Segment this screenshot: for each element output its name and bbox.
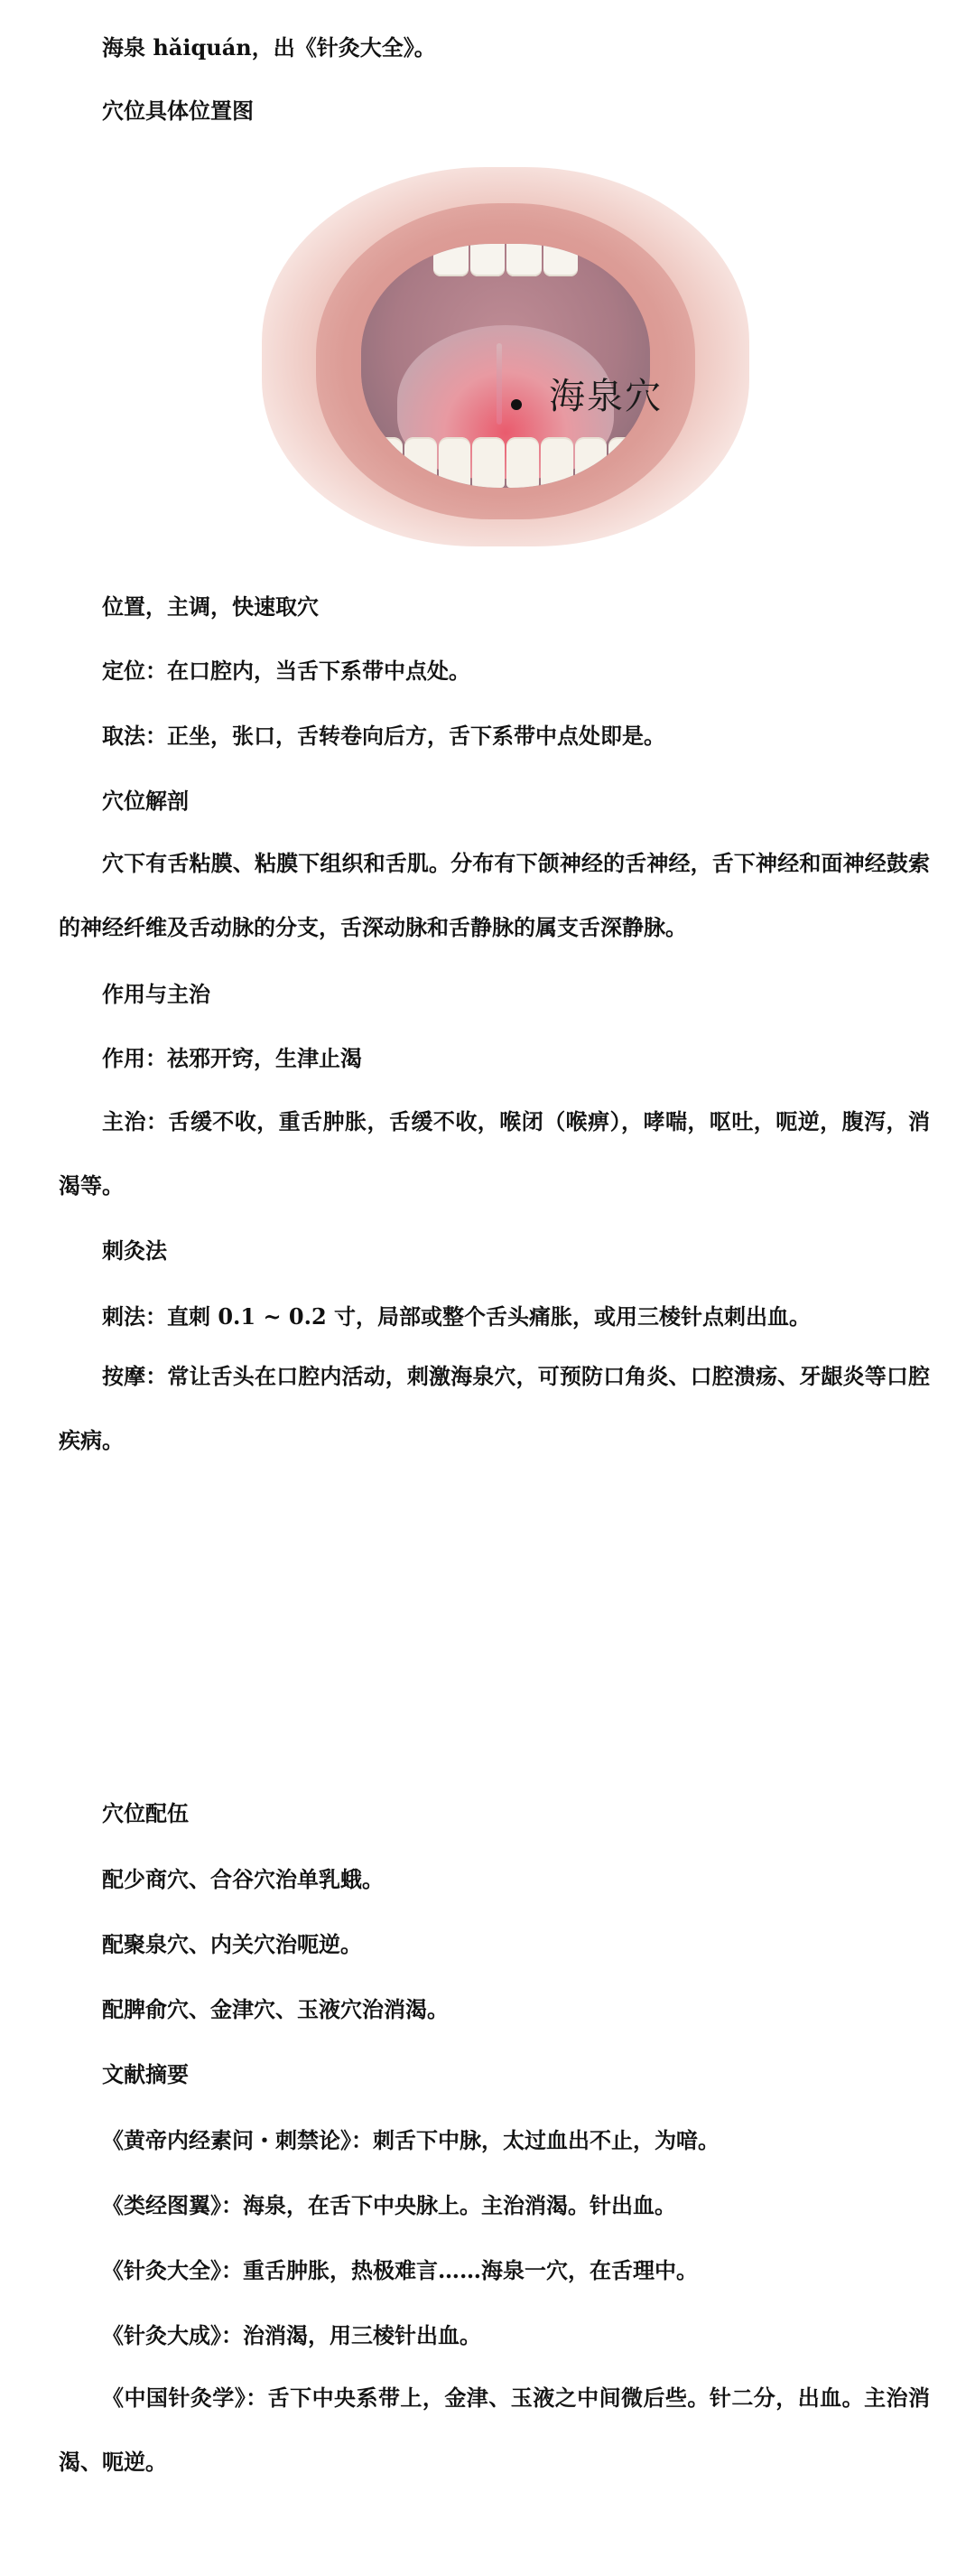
lower-teeth bbox=[370, 415, 641, 488]
positioning-text: 定位：在口腔内，当舌下系带中点处。 bbox=[102, 658, 930, 685]
literature-item: 《针灸大全》：重舌肿胀，热极难言……海泉一穴，在舌理中。 bbox=[102, 2257, 930, 2284]
combination-item: 配脾俞穴、金津穴、玉液穴治消渴。 bbox=[102, 1996, 930, 2023]
acupoint-marker-dot bbox=[511, 399, 522, 410]
method-text: 取法：正坐，张口，舌转卷向后方，舌下系带中点处即是。 bbox=[102, 723, 930, 750]
needling-text: 刺法：直刺 0.1 ~ 0.2 寸，局部或整个舌头痛胀，或用三棱针点刺出血。 bbox=[102, 1303, 930, 1330]
upper-teeth bbox=[433, 244, 578, 276]
acupoint-title-line: 海泉 hǎiquán，出《针灸大全》。 bbox=[102, 34, 930, 61]
functions-heading: 作用与主治 bbox=[102, 981, 930, 1008]
open-mouth bbox=[361, 244, 650, 488]
indications-text: 主治：舌缓不收，重舌肿胀，舌缓不收，喉闭（喉痹），哮喘，呕吐，呃逆，腹泻，消渴等… bbox=[59, 1089, 930, 1218]
figure-heading: 穴位具体位置图 bbox=[102, 98, 930, 125]
effect-text: 作用：祛邪开窍，生津止渴 bbox=[102, 1045, 930, 1072]
acupoint-location-image: 海泉穴 bbox=[253, 158, 758, 555]
anatomy-heading: 穴位解剖 bbox=[102, 788, 930, 815]
anatomy-text: 穴下有舌粘膜、粘膜下组织和舌肌。分布有下颌神经的舌神经，舌下神经和面神经鼓索的神… bbox=[59, 831, 930, 959]
literature-heading: 文献摘要 bbox=[102, 2061, 930, 2088]
lingual-frenulum bbox=[497, 343, 502, 425]
location-heading: 位置，主调，快速取穴 bbox=[102, 593, 930, 621]
combination-item: 配聚泉穴、内关穴治呃逆。 bbox=[102, 1931, 930, 1958]
literature-item: 《中国针灸学》：舌下中央系带上，金津、玉液之中间微后些。针二分，出血。主治消渴、… bbox=[59, 2366, 930, 2494]
combinations-heading: 穴位配伍 bbox=[102, 1800, 930, 1827]
acupoint-label: 海泉穴 bbox=[549, 368, 663, 419]
literature-item: 《类经图翼》：海泉，在舌下中央脉上。主治消渴。针出血。 bbox=[102, 2192, 930, 2219]
technique-heading: 刺灸法 bbox=[102, 1237, 930, 1265]
literature-item: 《针灸大成》：治消渴，用三棱针出血。 bbox=[102, 2322, 930, 2349]
literature-item: 《黄帝内经素问・刺禁论》：刺舌下中脉，太过血出不止，为喑。 bbox=[102, 2127, 930, 2154]
combination-item: 配少商穴、合谷穴治单乳蛾。 bbox=[102, 1866, 930, 1893]
massage-text: 按摩：常让舌头在口腔内活动，刺激海泉穴，可预防口角炎、口腔溃疡、牙龈炎等口腔疾病… bbox=[59, 1344, 930, 1472]
